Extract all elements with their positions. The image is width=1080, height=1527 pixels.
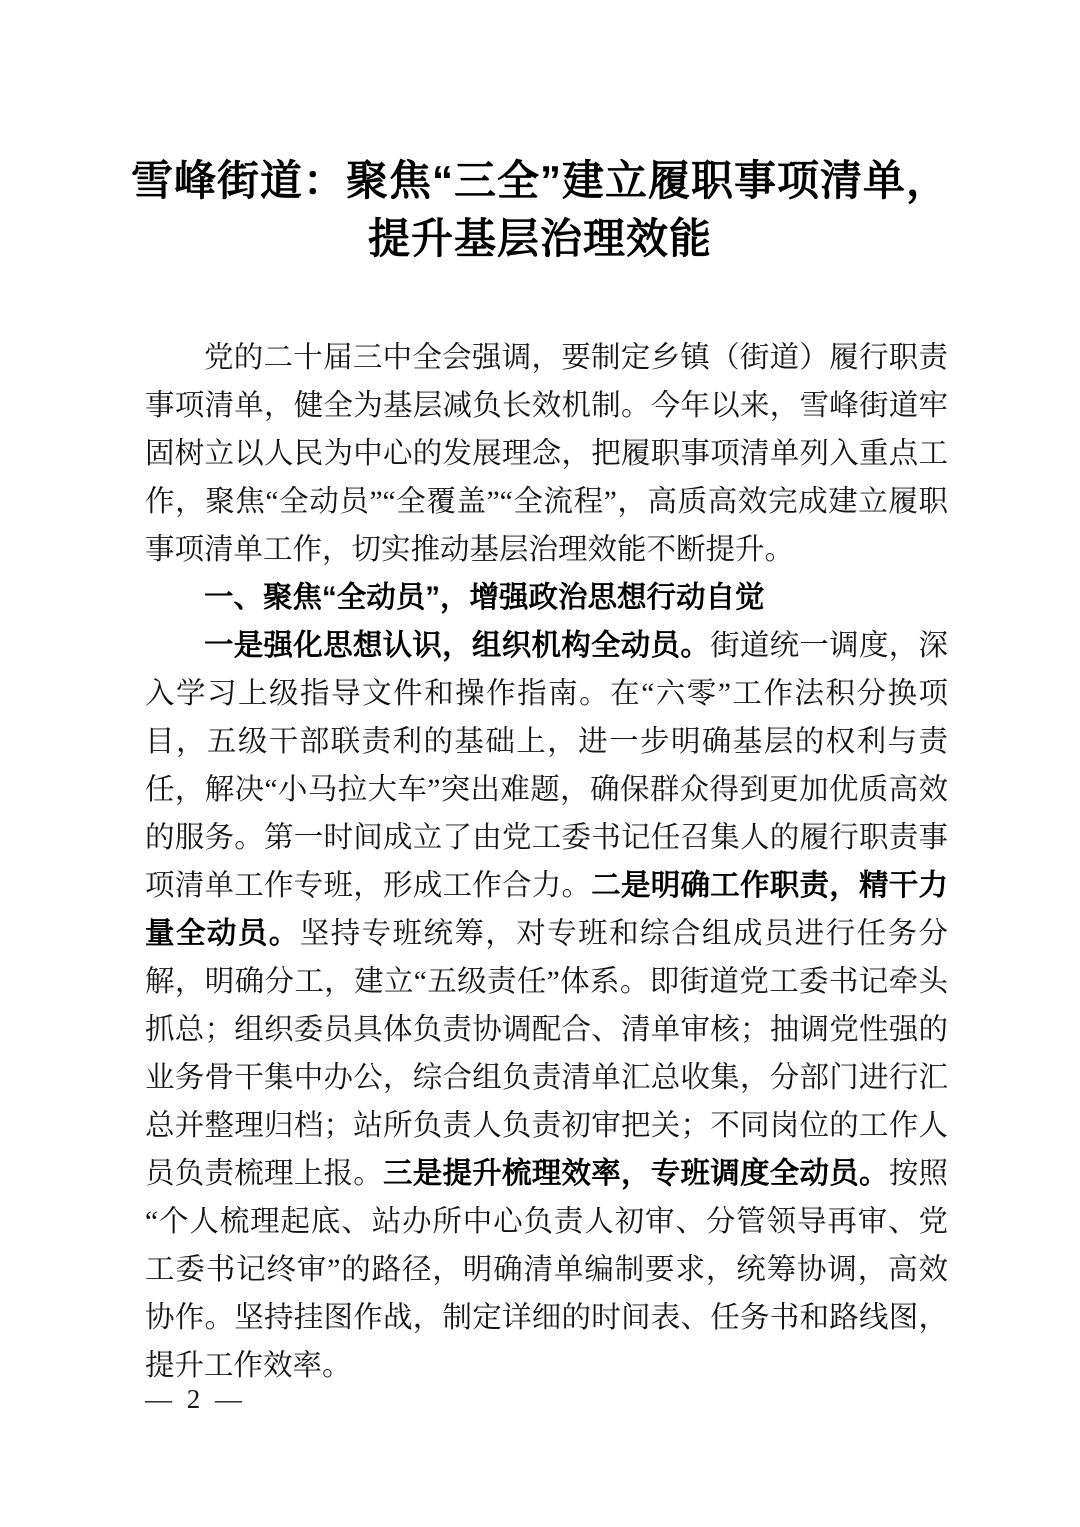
document-body: 党的二十届三中全会强调，要制定乡镇（街道）履行职责事项清单，健全为基层减负长效机… — [145, 334, 948, 1390]
document-title-line-2: 提升基层治理效能 — [368, 215, 712, 262]
section-heading-1: 一、聚焦“全动员”，增强政治思想行动自觉 — [145, 574, 948, 622]
document-title: 雪峰街道：聚焦“三全”建立履职事项清单， 提升基层治理效能 — [120, 152, 960, 268]
bold-text-segment: 三是提升梳理效率，专班调度全动员。 — [383, 1157, 889, 1190]
page-number: — 2 — — [145, 1384, 246, 1415]
text-segment: 按照“个人梳理起底、站办所中心负责人初审、分管领导再审、党工委书记终审”的路径，… — [145, 1158, 948, 1382]
intro-paragraph: 党的二十届三中全会强调，要制定乡镇（街道）履行职责事项清单，健全为基层减负长效机… — [145, 334, 948, 574]
text-segment: 党的二十届三中全会强调，要制定乡镇（街道）履行职责事项清单，健全为基层减负长效机… — [145, 342, 948, 566]
text-segment: 坚持专班统筹，对专班和综合组成员进行任务分解，明确分工，建立“五级责任”体系。即… — [145, 918, 948, 1190]
document-title-line-1: 雪峰街道：聚焦“三全”建立履职事项清单， — [131, 157, 949, 204]
bold-text-segment: 一、聚焦“全动员”，增强政治思想行动自觉 — [204, 581, 765, 614]
section-1-paragraph: 一是强化思想认识，组织机构全动员。街道统一调度，深入学习上级指导文件和操作指南。… — [145, 622, 948, 1390]
bold-text-segment: 一是强化思想认识，组织机构全动员。 — [204, 629, 710, 662]
text-segment: 街道统一调度，深入学习上级指导文件和操作指南。在“六零”工作法积分换项目，五级干… — [145, 630, 948, 902]
document-page: 雪峰街道：聚焦“三全”建立履职事项清单， 提升基层治理效能 党的二十届三中全会强… — [0, 0, 1080, 1527]
